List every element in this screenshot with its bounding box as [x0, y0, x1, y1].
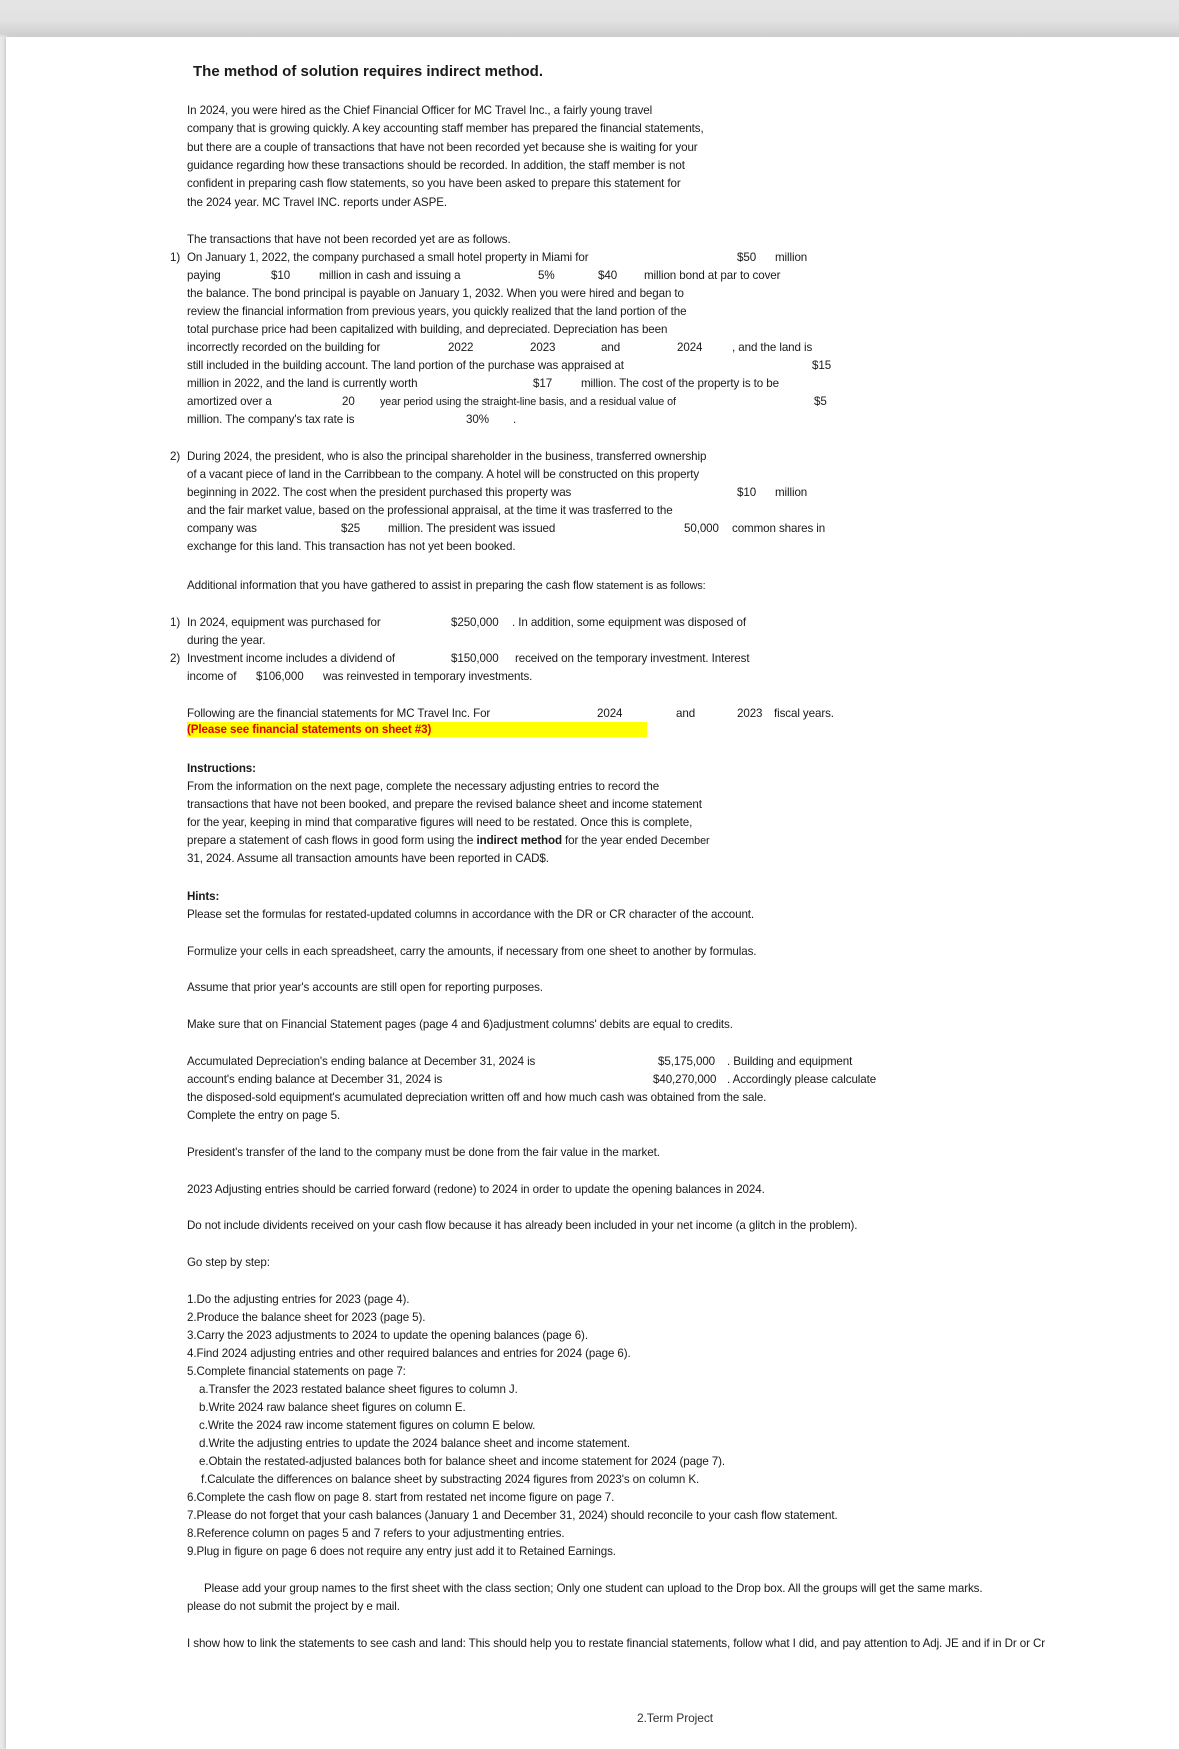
- t1-text: still included in the building account. …: [187, 359, 624, 373]
- a2-text: received on the temporary investment. In…: [515, 652, 749, 666]
- indirect-method-emphasis: indirect method: [476, 834, 561, 847]
- t1-text: paying: [187, 269, 221, 283]
- intro-line: the 2024 year. MC Travel INC. reports un…: [187, 196, 447, 210]
- step: 9.Plug in figure on page 6 does not requ…: [187, 1545, 616, 1559]
- t1-year: 2024: [677, 341, 702, 355]
- list-number: 1): [170, 616, 180, 630]
- step: 4.Find 2024 adjusting entries and other …: [187, 1347, 631, 1361]
- step: 7.Please do not forget that your cash ba…: [187, 1509, 838, 1523]
- closing-line: I show how to link the statements to see…: [187, 1637, 1045, 1651]
- hint-text: Accumulated Depreciation's ending balanc…: [187, 1055, 535, 1069]
- t2-shares: 50,000: [684, 522, 719, 536]
- t1-price: $50: [737, 251, 756, 265]
- instructions-line: for the year, keeping in mind that compa…: [187, 816, 692, 830]
- hint-text: account's ending balance at December 31,…: [187, 1073, 442, 1087]
- t1-million: million: [775, 251, 807, 265]
- page-title: The method of solution requires indirect…: [193, 65, 543, 79]
- step: 3.Carry the 2023 adjustments to 2024 to …: [187, 1329, 588, 1343]
- hint-text: the disposed-sold equipment's acumulated…: [187, 1091, 766, 1105]
- hint-text: Complete the entry on page 5.: [187, 1109, 340, 1123]
- t2-text: beginning in 2022. The cost when the pre…: [187, 486, 571, 500]
- hint-text: . Accordingly please calculate: [727, 1073, 876, 1087]
- instructions-line: prepare a statement of cash flows in goo…: [187, 834, 710, 848]
- instructions-heading: Instructions:: [187, 762, 256, 776]
- step: 1.Do the adjusting entries for 2023 (pag…: [187, 1293, 409, 1307]
- list-number: 2): [170, 652, 180, 666]
- t1-text: year period using the straight-line basi…: [380, 395, 676, 409]
- t2-text: and the fair market value, based on the …: [187, 504, 673, 518]
- a1-text: during the year.: [187, 634, 265, 648]
- t1-text: the balance. The bond principal is payab…: [187, 287, 684, 301]
- t2-cost: $10: [737, 486, 756, 500]
- hint: President's transfer of the land to the …: [187, 1146, 660, 1160]
- t1-tax: 30%: [466, 413, 489, 427]
- t1-text: million in cash and issuing a: [319, 269, 460, 283]
- a2-text: income of: [187, 670, 236, 684]
- t2-text: common shares in: [732, 522, 825, 536]
- list-number: 1): [170, 251, 180, 265]
- t1-current: $17: [533, 377, 552, 391]
- additional-heading: Additional information that you have gat…: [187, 579, 706, 593]
- t1-years: 20: [342, 395, 355, 409]
- sub-step: b.Write 2024 raw balance sheet figures o…: [199, 1401, 466, 1415]
- t1-text: review the financial information from pr…: [187, 305, 686, 319]
- t1-and: and: [601, 341, 620, 355]
- transactions-heading: The transactions that have not been reco…: [187, 233, 511, 247]
- t2-fmv: $25: [341, 522, 360, 536]
- additional-heading-text: Additional information that you have gat…: [187, 579, 593, 592]
- hint-text: . Building and equipment: [727, 1055, 852, 1069]
- a1-text: In 2024, equipment was purchased for: [187, 616, 381, 630]
- hint: Make sure that on Financial Statement pa…: [187, 1018, 733, 1032]
- sub-step: f.Calculate the differences on balance s…: [201, 1473, 699, 1487]
- sheet-reference-note: (Please see financial statements on shee…: [187, 723, 431, 737]
- a1-text: . In addition, some equipment was dispos…: [512, 616, 746, 630]
- t1-text: .: [513, 413, 516, 427]
- hint: Assume that prior year's accounts are st…: [187, 981, 543, 995]
- step: 6.Complete the cash flow on page 8. star…: [187, 1491, 614, 1505]
- hint: 2023 Adjusting entries should be carried…: [187, 1183, 765, 1197]
- hints-heading: Hints:: [187, 890, 219, 904]
- t2-text: During 2024, the president, who is also …: [187, 450, 706, 464]
- a2-dividend: $150,000: [451, 652, 499, 666]
- hint: Formulize your cells in each spreadsheet…: [187, 945, 756, 959]
- t1-rate: 5%: [538, 269, 555, 283]
- accumulated-depreciation-amount: $5,175,000: [658, 1055, 715, 1069]
- step: 5.Complete financial statements on page …: [187, 1365, 406, 1379]
- instructions-text: for the year ended: [562, 834, 661, 847]
- list-number: 2): [170, 450, 180, 464]
- sub-step: e.Obtain the restated-adjusted balances …: [199, 1455, 725, 1469]
- t1-text: amortized over a: [187, 395, 272, 409]
- sub-step: a.Transfer the 2023 restated balance she…: [199, 1383, 518, 1397]
- sub-step: d.Write the adjusting entries to update …: [199, 1437, 630, 1451]
- t1-text: On January 1, 2022, the company purchase…: [187, 251, 589, 265]
- t1-year: 2022: [448, 341, 473, 355]
- hint: Go step by step:: [187, 1256, 270, 1270]
- t1-residual: $5: [814, 395, 827, 409]
- a1-amount: $250,000: [451, 616, 499, 630]
- t1-text: , and the land is: [732, 341, 812, 355]
- intro-line: confident in preparing cash flow stateme…: [187, 177, 681, 191]
- t2-text: million. The president was issued: [388, 522, 555, 536]
- instructions-line: 31, 2024. Assume all transaction amounts…: [187, 852, 549, 866]
- a2-interest: $106,000: [256, 670, 304, 684]
- t2-million: million: [775, 486, 807, 500]
- document-page: The method of solution requires indirect…: [6, 37, 1179, 1749]
- a2-text: was reinvested in temporary investments.: [323, 670, 532, 684]
- t1-cash: $10: [271, 269, 290, 283]
- t1-text: total purchase price had been capitalize…: [187, 323, 667, 337]
- instructions-text: prepare a statement of cash flows in goo…: [187, 834, 476, 847]
- t1-year: 2023: [530, 341, 555, 355]
- t1-bond: $40: [598, 269, 617, 283]
- following-year: 2023: [737, 707, 762, 721]
- sub-step: c.Write the 2024 raw income statement fi…: [199, 1419, 535, 1433]
- instructions-line: transactions that have not been booked, …: [187, 798, 702, 812]
- building-equipment-amount: $40,270,000: [653, 1073, 716, 1087]
- t1-text: incorrectly recorded on the building for: [187, 341, 380, 355]
- following-tail: fiscal years.: [774, 707, 834, 721]
- following-text: Following are the financial statements f…: [187, 707, 490, 721]
- t1-text: million. The company's tax rate is: [187, 413, 354, 427]
- t1-text: million bond at par to cover: [644, 269, 780, 283]
- t1-text: million. The cost of the property is to …: [581, 377, 779, 391]
- t1-text: million in 2022, and the land is current…: [187, 377, 417, 391]
- t2-text: of a vacant piece of land in the Carribb…: [187, 468, 699, 482]
- step: 8.Reference column on pages 5 and 7 refe…: [187, 1527, 564, 1541]
- following-year: 2024: [597, 707, 622, 721]
- intro-line: In 2024, you were hired as the Chief Fin…: [187, 104, 652, 118]
- additional-heading-small: statement is as follows:: [596, 580, 705, 592]
- a2-text: Investment income includes a dividend of: [187, 652, 395, 666]
- hint: Please set the formulas for restated-upd…: [187, 908, 754, 922]
- t2-text: exchange for this land. This transaction…: [187, 540, 515, 554]
- hint: Do not include dividents received on you…: [187, 1219, 857, 1233]
- instructions-text: December: [660, 835, 709, 847]
- intro-line: but there are a couple of transactions t…: [187, 141, 698, 155]
- closing-line: Please add your group names to the first…: [204, 1582, 982, 1596]
- closing-line: please do not submit the project by e ma…: [187, 1600, 400, 1614]
- t2-text: company was: [187, 522, 257, 536]
- intro-line: guidance regarding how these transaction…: [187, 159, 685, 173]
- instructions-line: From the information on the next page, c…: [187, 780, 659, 794]
- step: 2.Produce the balance sheet for 2023 (pa…: [187, 1311, 425, 1325]
- following-and: and: [676, 707, 695, 721]
- t1-appraised: $15: [812, 359, 831, 373]
- intro-line: company that is growing quickly. A key a…: [187, 122, 704, 136]
- page-footer: 2.Term Project: [637, 1711, 713, 1725]
